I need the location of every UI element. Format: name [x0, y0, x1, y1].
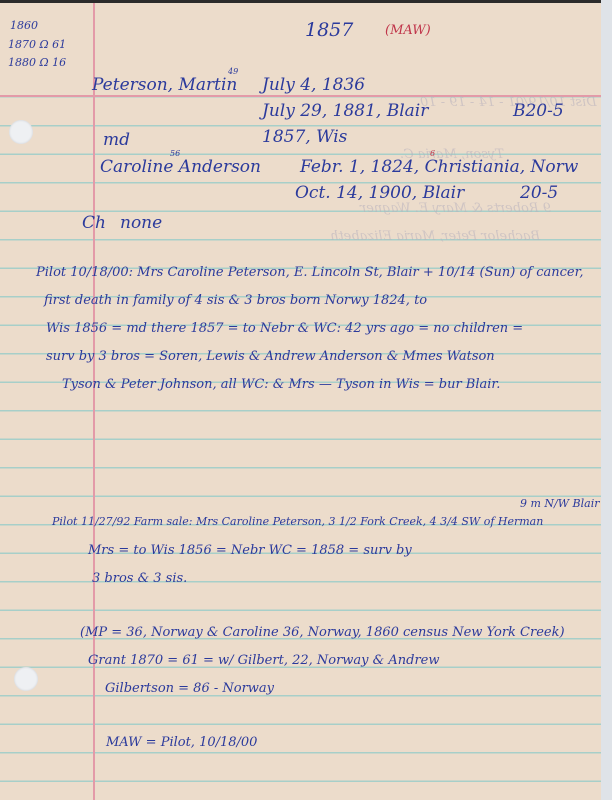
census-note-1860: 1860 [10, 19, 38, 32]
census-line: Grant 1870 = 61 = w/ Gilbert, 22, Norway… [88, 653, 439, 668]
marriage-value: 1857, Wis [262, 127, 347, 147]
farm-sale-line: Mrs = to Wis 1856 = Nebr WC = 1858 = sur… [88, 543, 412, 558]
wife-death: Oct. 14, 1900, Blair [295, 183, 464, 203]
bleed-through-text: 9 Roberts & Mary E. Wagner [360, 201, 551, 216]
bleed-through-text: Bachelor Peter, Maria Elizabeth [330, 229, 540, 244]
obituary-line: first death in family of 4 sis & 3 bros … [44, 293, 427, 308]
signature-line: MAW = Pilot, 10/18/00 [106, 735, 257, 750]
wife-name: Caroline Anderson [100, 157, 261, 177]
children-value: none [120, 213, 162, 233]
header-initials: (MAW) [385, 23, 431, 38]
husband-death: July 29, 1881, Blair [262, 101, 428, 121]
scanner-background [601, 0, 612, 800]
census-note-1880: 1880 Ω 16 [8, 56, 66, 69]
census-note-1870: 1870 Ω 61 [8, 38, 66, 51]
farm-sale-line: Pilot 11/27/92 Farm sale: Mrs Caroline P… [52, 515, 543, 528]
wife-birth: Febr. 1, 1824, Christiania, Norw [300, 157, 578, 177]
husband-age-note: 49 [228, 67, 238, 76]
wife-birth-correction: 6 [430, 149, 435, 158]
obituary-margin-note: 9 m N/W Blair [520, 497, 600, 510]
bleed-through-text: Dist 10/19/01 - 14 - 19 - 10 [420, 95, 597, 110]
wife-age-note: 56 [170, 149, 180, 158]
farm-sale-line: 3 bros & 3 sis. [92, 571, 187, 586]
marriage-label: md [103, 130, 130, 150]
children-label: Ch [82, 213, 106, 233]
obituary-line: Tyson & Peter Johnson, all WC: & Mrs — T… [62, 377, 500, 392]
left-margin-line [93, 3, 95, 800]
husband-birth: July 4, 1836 [262, 75, 365, 95]
husband-cemetery-ref: B20-5 [513, 101, 564, 121]
wife-cemetery-ref: 20-5 [520, 183, 558, 203]
obituary-line: Wis 1856 = md there 1857 = to Nebr & WC:… [46, 321, 523, 336]
census-line: (MP = 36, Norway & Caroline 36, Norway, … [80, 625, 565, 640]
obituary-line: Pilot 10/18/00: Mrs Caroline Peterson, E… [36, 265, 584, 280]
census-line: Gilbertson = 86 - Norway [105, 681, 274, 696]
obituary-line: surv by 3 bros = Soren, Lewis & Andrew A… [46, 349, 495, 364]
header-year: 1857 [305, 19, 353, 41]
punch-hole-top [9, 120, 33, 144]
notebook-page: Dist 10/19/01 - 14 - 19 - 10 Tyson, Mari… [0, 0, 601, 800]
punch-hole-bottom [14, 667, 38, 691]
husband-name: Peterson, Martin [92, 75, 237, 95]
